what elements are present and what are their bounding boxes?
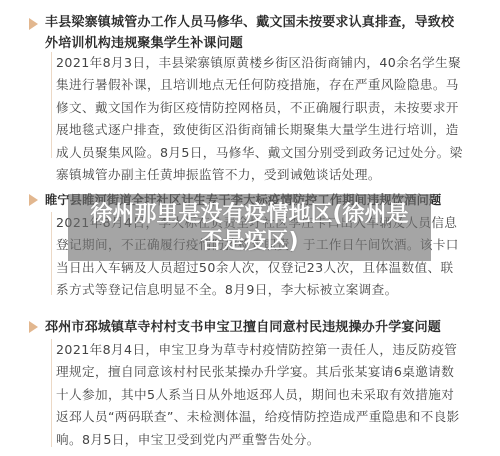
triangle-bullet-icon bbox=[29, 321, 38, 333]
triangle-bullet-icon bbox=[29, 194, 38, 206]
overlay-title: 徐州那里是没有疫情地区(徐州是否是疫区) bbox=[80, 201, 420, 255]
section-title: 丰县梁寨镇城管办工作人员马修华、戴文国未按要求认真排查，导致校外培训机构违规聚集… bbox=[45, 12, 465, 54]
section-body: 2021年8月3日，丰县梁寨镇原黄楼乡街区沿街商铺内，40余名学生聚集进行暑假补… bbox=[51, 52, 466, 158]
title-overlay-banner: 徐州那里是没有疫情地区(徐州是否是疫区) bbox=[68, 194, 431, 261]
section-title: 邳州市邳城镇草寺村村支书申宝卫擅自同意村民违规操办升学宴问题 bbox=[45, 317, 465, 338]
section-body: 2021年8月4日，申宝卫身为草寺村疫情防控第一责任人，违反防疫管理规定，擅自同… bbox=[51, 339, 466, 447]
triangle-bullet-icon bbox=[29, 18, 38, 30]
